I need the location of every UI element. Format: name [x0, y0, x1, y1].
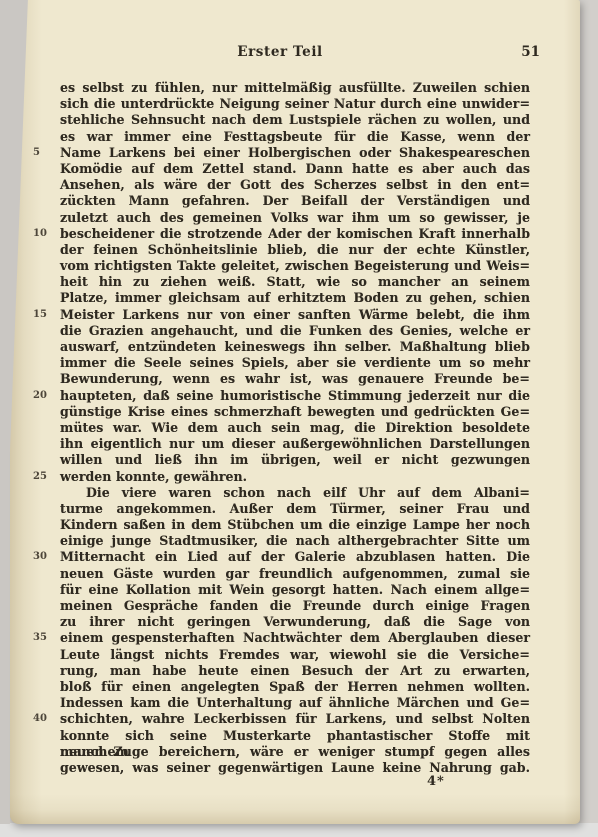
line-number: 5 — [33, 145, 51, 161]
line-text: zu ihrer nicht geringen Verwunderung, da… — [60, 614, 530, 629]
line-text: zückten Mann gefahren. Der Beifall der V… — [60, 193, 530, 208]
line-text: Bewunderung, wenn es wahr ist, was genau… — [60, 371, 530, 386]
text-line: einige junge Stadtmusiker, die nach alth… — [60, 533, 530, 549]
text-line: es selbst zu fühlen, nur mittelmäßig aus… — [60, 80, 530, 96]
text-line: mütes war. Wie dem auch sein mag, die Di… — [60, 420, 530, 436]
text-line: 25werden konnte, gewähren. — [60, 469, 530, 485]
line-text: günstige Krise eines schmerzhaft bewegte… — [60, 404, 530, 419]
line-text: Indessen kam die Unterhaltung auf ähnlic… — [60, 695, 530, 710]
line-text: rung, man habe heute einen Besuch der Ar… — [60, 663, 530, 678]
text-line: zückten Mann gefahren. Der Beifall der V… — [60, 193, 530, 209]
line-text: willen und ließ ihn im übrigen, weil er … — [60, 452, 530, 467]
line-text: ihn eigentlich nur um dieser außergewöhn… — [60, 436, 530, 451]
text-line: vom richtigsten Takte geleitet, zwischen… — [60, 258, 530, 274]
line-text: die Grazien angehaucht, und die Funken d… — [60, 323, 530, 338]
line-text: es selbst zu fühlen, nur mittelmäßig aus… — [60, 80, 530, 95]
line-text: Die viere waren schon nach eilf Uhr auf … — [86, 485, 530, 500]
line-text: Name Larkens bei einer Holbergischen ode… — [60, 145, 530, 160]
text-line: Die viere waren schon nach eilf Uhr auf … — [60, 485, 530, 501]
text-line: bloß für einen angelegten Spaß der Herre… — [60, 679, 530, 695]
line-text: werden konnte, gewähren. — [60, 469, 247, 484]
text-line: meinen Gespräche fanden die Freunde durc… — [60, 598, 530, 614]
text-line: die Grazien angehaucht, und die Funken d… — [60, 323, 530, 339]
line-text: immer die Seele seines Spiels, aber sie … — [60, 355, 530, 370]
text-line: auswarf, entzündeten keineswegs ihn selb… — [60, 339, 530, 355]
text-line: 40schichten, wahre Leckerbissen für Lark… — [60, 711, 530, 727]
scanner-bed-strip — [0, 823, 598, 837]
text-line: neuen Gäste wurden gar freundlich aufgen… — [60, 566, 530, 582]
line-text: vom richtigsten Takte geleitet, zwischen… — [60, 258, 530, 273]
line-text: Leute längst nichts Fremdes war, wiewohl… — [60, 647, 530, 662]
text-line: es war immer eine Festtagsbeute für die … — [60, 129, 530, 145]
text-line: zu ihrer nicht geringen Verwunderung, da… — [60, 614, 530, 630]
line-text: haupteten, daß seine humoristische Stimm… — [60, 388, 530, 403]
line-text: einige junge Stadtmusiker, die nach alth… — [60, 533, 530, 548]
text-line: rung, man habe heute einen Besuch der Ar… — [60, 663, 530, 679]
line-text: Mitternacht ein Lied auf der Galerie abz… — [60, 549, 530, 564]
line-text: schichten, wahre Leckerbissen für Larken… — [60, 711, 530, 726]
text-line: 20haupteten, daß seine humoristische Sti… — [60, 388, 530, 404]
running-title: Erster Teil — [237, 44, 323, 60]
text-line: zuletzt auch des gemeinen Volks war ihm … — [60, 210, 530, 226]
line-text: mütes war. Wie dem auch sein mag, die Di… — [60, 420, 530, 435]
line-text: der feinen Schönheitslinie blieb, die nu… — [60, 242, 530, 257]
text-line: 30Mitternacht ein Lied auf der Galerie a… — [60, 549, 530, 565]
text-line: 10bescheidener die strotzende Ader der k… — [60, 226, 530, 242]
text-line: Platze, immer gleichsam auf erhitztem Bo… — [60, 290, 530, 306]
text-line: heit hin zu ziehen weiß. Statt, wie so m… — [60, 274, 530, 290]
line-number: 10 — [33, 226, 51, 242]
line-number: 40 — [33, 711, 51, 727]
text-line: günstige Krise eines schmerzhaft bewegte… — [60, 404, 530, 420]
text-line: der feinen Schönheitslinie blieb, die nu… — [60, 242, 530, 258]
text-line: Kindern saßen in dem Stübchen um die ein… — [60, 517, 530, 533]
line-text: für eine Kollation mit Wein gesorgt hatt… — [60, 582, 530, 597]
text-line: gewesen, was seiner gegenwärtigen Laune … — [60, 760, 530, 776]
line-text: heit hin zu ziehen weiß. Statt, wie so m… — [60, 274, 530, 289]
text-line: immer die Seele seines Spiels, aber sie … — [60, 355, 530, 371]
text-line: ihn eigentlich nur um dieser außergewöhn… — [60, 436, 530, 452]
line-text: Ansehen, als wäre der Gott des Scherzes … — [60, 177, 530, 192]
signature-mark: 4* — [427, 774, 445, 789]
line-text: zuletzt auch des gemeinen Volks war ihm … — [60, 210, 530, 225]
text-line: Leute längst nichts Fremdes war, wiewohl… — [60, 647, 530, 663]
line-text: Meister Larkens nur von einer sanften Wä… — [60, 307, 530, 322]
line-number: 30 — [33, 549, 51, 565]
text-line: konnte sich seine Musterkarte phantastis… — [60, 728, 530, 744]
line-number: 25 — [33, 469, 51, 485]
line-text: Kindern saßen in dem Stübchen um die ein… — [60, 517, 530, 532]
line-text: bescheidener die strotzende Ader der kom… — [60, 226, 530, 241]
page-number: 51 — [521, 44, 540, 60]
text-line: Komödie auf dem Zettel stand. Dann hatte… — [60, 161, 530, 177]
line-text: Komödie auf dem Zettel stand. Dann hatte… — [60, 161, 530, 176]
text-line: Ansehen, als wäre der Gott des Scherzes … — [60, 177, 530, 193]
text-line: willen und ließ ihn im übrigen, weil er … — [60, 452, 530, 468]
line-text: meinen Gespräche fanden die Freunde durc… — [60, 598, 530, 613]
text-line: sich die unterdrückte Neigung seiner Nat… — [60, 96, 530, 112]
text-line: stehliche Sehnsucht nach dem Lustspiele … — [60, 112, 530, 128]
text-line: Indessen kam die Unterhaltung auf ähnlic… — [60, 695, 530, 711]
line-number: 15 — [33, 307, 51, 323]
book-page: Erster Teil 51 es selbst zu fühlen, nur … — [10, 0, 580, 824]
text-line: 15Meister Larkens nur von einer sanften … — [60, 307, 530, 323]
line-text: Platze, immer gleichsam auf erhitztem Bo… — [60, 290, 530, 305]
text-line: turme angekommen. Außer dem Türmer, sein… — [60, 501, 530, 517]
line-text: neuen Zuge bereichern, wäre er weniger s… — [60, 744, 530, 759]
text-line: 5Name Larkens bei einer Holbergischen od… — [60, 145, 530, 161]
line-text: turme angekommen. Außer dem Türmer, sein… — [60, 501, 530, 516]
text-line: für eine Kollation mit Wein gesorgt hatt… — [60, 582, 530, 598]
text-line: 35einem gespensterhaften Nachtwächter de… — [60, 630, 530, 646]
text-line: neuen Zuge bereichern, wäre er weniger s… — [60, 744, 530, 760]
line-number: 35 — [33, 630, 51, 646]
line-text: bloß für einen angelegten Spaß der Herre… — [60, 679, 530, 694]
running-head: Erster Teil 51 — [60, 44, 530, 64]
line-text: neuen Gäste wurden gar freundlich aufgen… — [60, 566, 530, 581]
text-body: es selbst zu fühlen, nur mittelmäßig aus… — [60, 80, 530, 776]
text-line: Bewunderung, wenn es wahr ist, was genau… — [60, 371, 530, 387]
line-text: es war immer eine Festtagsbeute für die … — [60, 129, 530, 144]
line-number: 20 — [33, 388, 51, 404]
line-text: gewesen, was seiner gegenwärtigen Laune … — [60, 760, 530, 775]
line-text: stehliche Sehnsucht nach dem Lustspiele … — [60, 112, 530, 127]
line-text: einem gespensterhaften Nachtwächter dem … — [60, 630, 530, 645]
line-text: sich die unterdrückte Neigung seiner Nat… — [60, 96, 530, 111]
line-text: auswarf, entzündeten keineswegs ihn selb… — [60, 339, 530, 354]
scanned-book-page: Erster Teil 51 es selbst zu fühlen, nur … — [0, 0, 598, 837]
